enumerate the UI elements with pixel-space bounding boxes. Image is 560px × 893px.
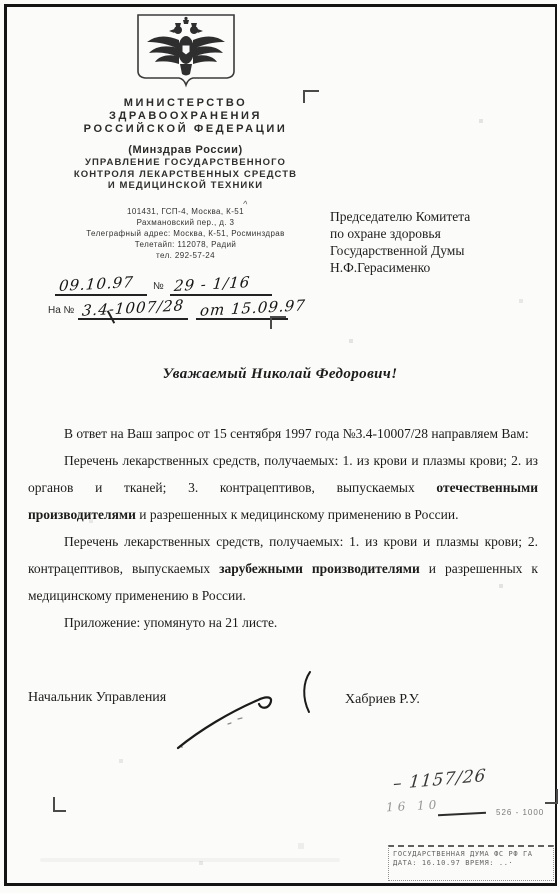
ministry-line: МИНИСТЕРСТВО <box>28 97 343 110</box>
stamp-line: ДАТА: 16.10.97 ВРЕМЯ: ..· <box>393 859 549 868</box>
incoming-number-handwritten: 3.4-1007/28 <box>81 296 185 319</box>
number-sign-label: № <box>153 281 164 292</box>
print-run-code: 526 - 1000 <box>496 808 544 817</box>
ministry-line: ЗДРАВООХРАНЕНИЯ <box>28 110 343 123</box>
department-line: КОНТРОЛЯ ЛЕКАРСТВЕННЫХ СРЕДСТВ <box>28 169 343 181</box>
stamp-line: ГОСУДАРСТВЕННАЯ ДУМА ФС РФ ГА <box>393 850 549 859</box>
paragraph-foreign-list: Перечень лекарственных средств, получаем… <box>28 528 538 609</box>
reply-to-label: На № <box>48 305 74 316</box>
ministry-short-name: (Минздрав России) <box>28 144 343 156</box>
addressee-zone-corner-mark <box>303 90 319 103</box>
letter-body: В ответ на Ваш запрос от 15 сентября 199… <box>28 420 538 636</box>
department-name: УПРАВЛЕНИЕ ГОСУДАРСТВЕННОГО КОНТРОЛЯ ЛЕК… <box>28 157 343 192</box>
scan-noise <box>0 0 2 2</box>
paragraph-bold-text: зарубежными производителями <box>219 561 420 576</box>
addressee-line: Председателю Комитета <box>330 208 540 225</box>
outgoing-date-line: 09.10.97 <box>55 272 147 296</box>
addressee-line: Н.Ф.Герасименко <box>330 259 540 276</box>
addressee-line: по охране здоровья <box>330 225 540 242</box>
ministry-name: МИНИСТЕРСТВО ЗДРАВООХРАНЕНИЯ РОССИЙСКОЙ … <box>28 97 343 156</box>
address-line: Рахмановский пер., д. 3 <box>28 217 343 228</box>
signer-name: Хабриев Р.У. <box>345 692 420 708</box>
resolution-number-handwritten: – 1157/26 <box>392 766 487 794</box>
paragraph-attachment: Приложение: упомянуто на 21 листе. <box>28 609 538 636</box>
resolution-date-handwritten: 16 10 <box>386 798 441 815</box>
signer-title: Начальник Управления <box>28 690 166 706</box>
handwritten-signature <box>170 660 330 755</box>
outgoing-number-line: 29 - 1/16 <box>170 272 272 296</box>
bottom-left-corner-mark <box>53 797 66 812</box>
coat-of-arms-icon <box>130 12 242 94</box>
scanned-letter-page: МИНИСТЕРСТВО ЗДРАВООХРАНЕНИЯ РОССИЙСКОЙ … <box>0 0 560 893</box>
ministry-line: РОССИЙСКОЙ ФЕДЕРАЦИИ <box>28 123 343 136</box>
address-line: Телетайп: 112078, Радий <box>28 239 343 250</box>
postal-address: 101431, ГСП-4, Москва, К-51 Рахмановский… <box>28 206 343 261</box>
paragraph-domestic-list: Перечень лекарственных средств, получаем… <box>28 447 538 528</box>
incoming-date-handwritten: от 15.09.97 <box>199 296 306 320</box>
bottom-right-corner-mark <box>545 789 558 804</box>
addressee-block: Председателю Комитета по охране здоровья… <box>330 208 540 276</box>
addressee-line: Государственной Думы <box>330 242 540 259</box>
address-line: Телеграфный адрес: Москва, К-51, Росминз… <box>28 228 343 239</box>
scan-smudge <box>40 858 340 862</box>
incoming-number-line: 3.4-1007/28 <box>78 296 188 320</box>
address-line: тел. 292-57-24 <box>28 250 343 261</box>
reference-zone-corner-mark <box>270 316 286 329</box>
department-line: УПРАВЛЕНИЕ ГОСУДАРСТВЕННОГО <box>28 157 343 169</box>
duma-incoming-stamp: ГОСУДАРСТВЕННАЯ ДУМА ФС РФ ГА ДАТА: 16.1… <box>388 845 554 881</box>
address-line: 101431, ГСП-4, Москва, К-51 <box>28 206 343 217</box>
resolution-underline-stroke <box>438 812 486 817</box>
outgoing-number-handwritten: 29 - 1/16 <box>173 273 251 295</box>
paragraph-text: и разрешенных к медицинскому применению … <box>136 507 459 522</box>
department-line: И МЕДИЦИНСКОЙ ТЕХНИКИ <box>28 180 343 192</box>
outgoing-date-handwritten: 09.10.97 <box>58 273 134 295</box>
paragraph-response-intro: В ответ на Ваш запрос от 15 сентября 199… <box>28 420 538 447</box>
salutation: Уважаемый Николай Федорович! <box>60 366 500 383</box>
